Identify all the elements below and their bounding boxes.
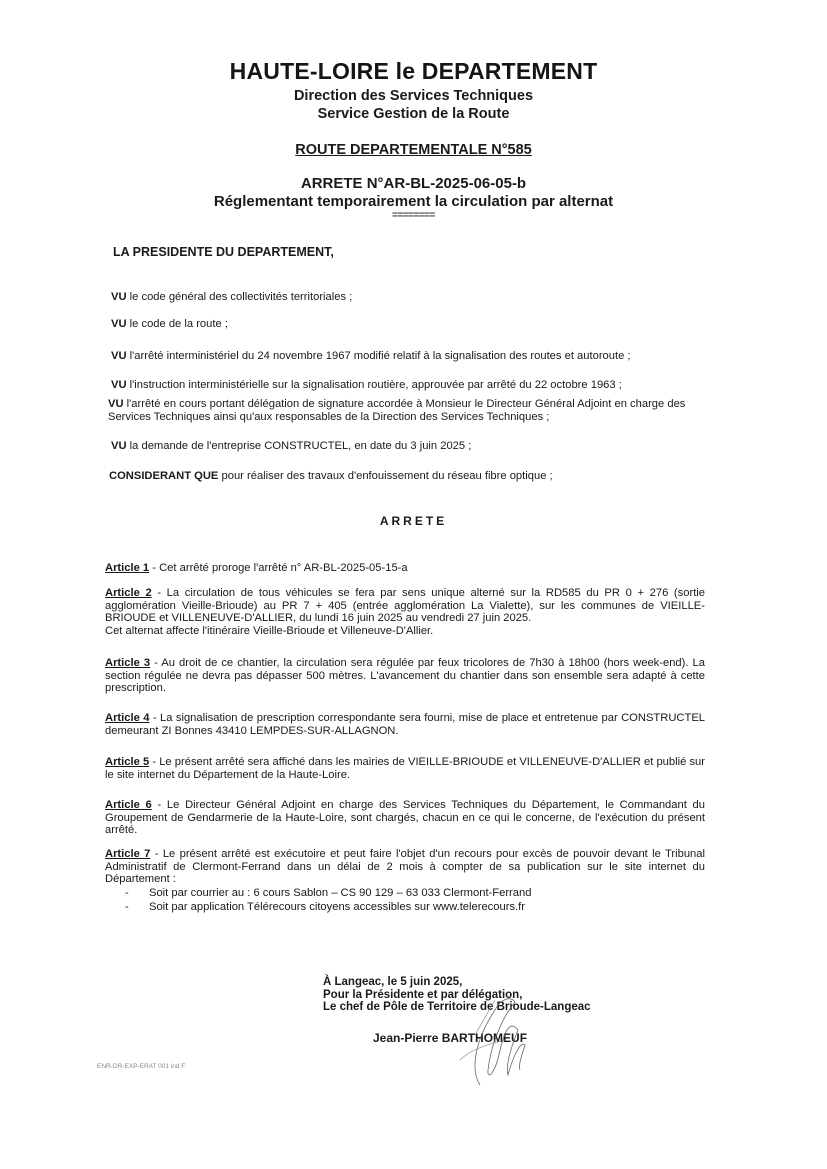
direction-name: Direction des Services Techniques	[0, 87, 827, 105]
vu-item: VU l'arrêté en cours portant délégation …	[108, 398, 718, 423]
arrete-subject: Réglementant temporairement la circulati…	[0, 193, 827, 211]
handwritten-signature-icon	[440, 990, 550, 1090]
authority-heading: LA PRESIDENTE DU DEPARTEMENT,	[113, 245, 334, 259]
vu-item: VU l'instruction interministérielle sur …	[111, 379, 731, 392]
organization-title: HAUTE-LOIRE le DEPARTEMENT	[0, 58, 827, 85]
article-3: Article 3 - Au droit de ce chantier, la …	[105, 657, 705, 695]
direction-subtitle: Direction des Services Techniques Servic…	[0, 87, 827, 123]
recours-option: -Soit par application Télérecours citoye…	[125, 901, 525, 914]
arrete-heading: ARRETE	[0, 514, 827, 528]
arrete-header: ARRETE N°AR-BL-2025-06-05-b Réglementant…	[0, 175, 827, 211]
vu-item: VU la demande de l'entreprise CONSTRUCTE…	[111, 440, 711, 453]
place-date: À Langeac, le 5 juin 2025,	[323, 976, 591, 989]
route-heading: ROUTE DEPARTEMENTALE N°585	[0, 142, 827, 158]
route-number: ROUTE DEPARTEMENTALE N°585	[295, 142, 531, 158]
telerecours-link[interactable]: Soit par application Télérecours citoyen…	[149, 901, 525, 913]
service-name: Service Gestion de la Route	[0, 105, 827, 123]
article-2: Article 2 - La circulation de tous véhic…	[105, 587, 705, 637]
vu-item: VU le code général des collectivités ter…	[111, 291, 711, 304]
article-4: Article 4 - La signalisation de prescrip…	[105, 712, 705, 737]
recours-option: -Soit par courrier au : 6 cours Sablon –…	[125, 887, 531, 900]
considerant-item: CONSIDERANT QUE pour réaliser des travau…	[109, 470, 709, 483]
separator: ========	[0, 210, 827, 221]
arrete-number: ARRETE N°AR-BL-2025-06-05-b	[0, 175, 827, 193]
article-5: Article 5 - Le présent arrêté sera affic…	[105, 756, 705, 781]
article-7: Article 7 - Le présent arrêté est exécut…	[105, 848, 705, 886]
document-reference: ENR-DR-EXP-ERAT 001 ind F	[97, 1063, 185, 1070]
article-6: Article 6 - Le Directeur Général Adjoint…	[105, 799, 705, 837]
article-1: Article 1 - Cet arrêté proroge l'arrêté …	[105, 562, 705, 575]
vu-item: VU le code de la route ;	[111, 318, 711, 331]
vu-item: VU l'arrêté interministériel du 24 novem…	[111, 350, 731, 363]
